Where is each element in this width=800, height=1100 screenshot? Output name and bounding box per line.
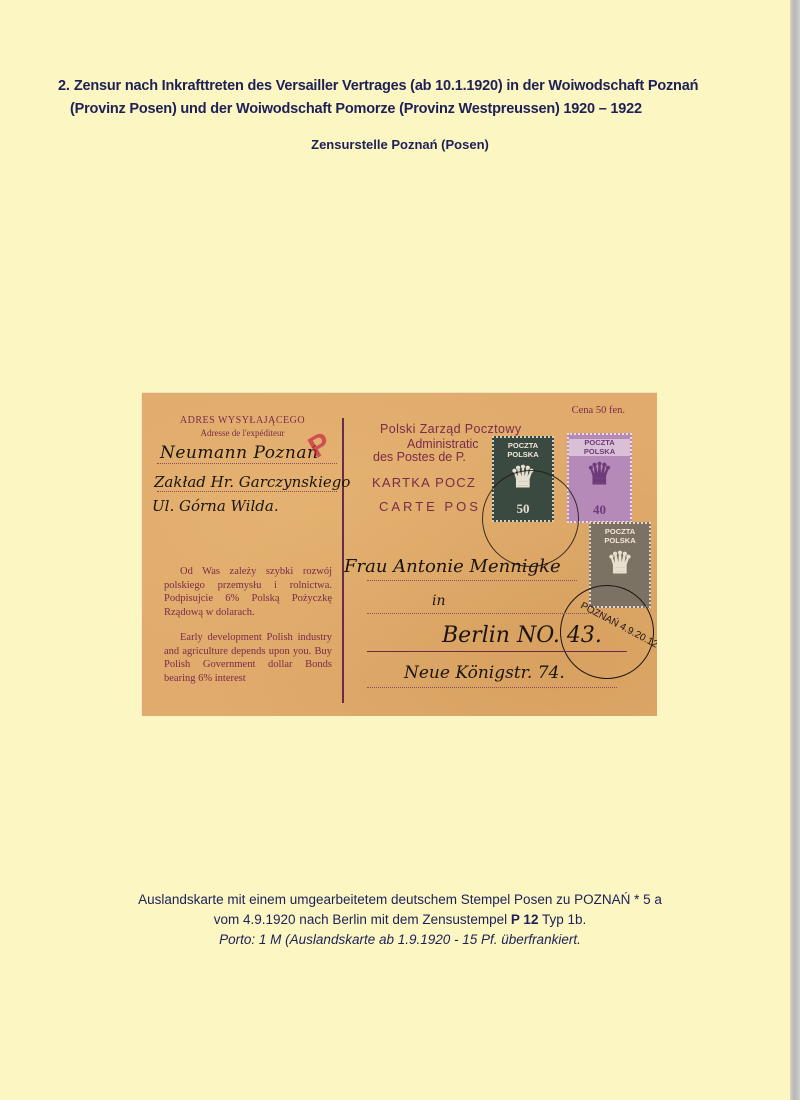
- caption-postage: Porto: 1 M (Auslandskarte ab 1.9.1920 - …: [0, 930, 800, 950]
- ad-text-polish: Od Was zależy szybki rozwój polskiego pr…: [164, 565, 332, 619]
- card-type-polish: KARTKA POCZ: [372, 475, 476, 490]
- caption-line-2-text: vom 4.9.1920 nach Berlin mit dem Zensust…: [214, 912, 507, 927]
- recipient-line-4: Neue Königstr. 74.: [404, 663, 565, 683]
- caption: Auslandskarte mit einem umgearbeitetem d…: [0, 890, 800, 950]
- sender-header: ADRES WYSYŁAJĄCEGO: [160, 415, 325, 426]
- dotted-line: [157, 491, 337, 492]
- dotted-line: [367, 580, 577, 581]
- sender-line-1: Neumann Poznań: [160, 443, 318, 463]
- caption-line-2: vom 4.9.1920 nach Berlin mit dem Zensust…: [0, 910, 800, 930]
- header-french-1: Administratic: [407, 437, 479, 451]
- censor-type: Typ 1b.: [542, 912, 586, 927]
- eagle-icon: ♛: [586, 458, 613, 492]
- ad-text-english: Early development Polish industry and ag…: [164, 631, 332, 685]
- section-number: 2.: [58, 75, 70, 98]
- page-title-line2: (Provinz Posen) und der Woiwodschaft Pom…: [58, 98, 718, 121]
- caption-line-1: Auslandskarte mit einem umgearbeitetem d…: [0, 890, 800, 910]
- header-polish: Polski Zarząd Pocztowy: [380, 422, 521, 436]
- page-title: 2. Zensur nach Inkrafttreten des Versail…: [58, 75, 718, 121]
- recipient-line-2: in: [432, 593, 446, 609]
- dotted-line: [367, 613, 607, 614]
- card-type-french: CARTE POS: [379, 499, 481, 514]
- title-text-1: Zensur nach Inkrafttreten des Versailler…: [74, 78, 698, 94]
- recipient-line-1: Frau Antonie Mennigke: [344, 556, 561, 577]
- page-title-line1: 2. Zensur nach Inkrafttreten des Versail…: [58, 75, 718, 98]
- address-underline: [367, 651, 627, 652]
- sender-line-3: Ul. Górna Wilda.: [152, 497, 279, 515]
- sender-line-2: Zakład Hr. Garczynskiego: [154, 473, 350, 491]
- postcard-image: ADRES WYSYŁAJĄCEGO Adresse de l'expédite…: [142, 393, 657, 716]
- recipient-line-3: Berlin NO. 43.: [442, 623, 602, 648]
- stamp-label: POCZTA POLSKA: [591, 528, 649, 545]
- page-subtitle: Zensurstelle Poznań (Posen): [0, 137, 800, 152]
- header-french-2: des Postes de P.: [373, 450, 466, 464]
- eagle-icon: ♛: [607, 547, 634, 581]
- postmark-circle: [482, 470, 579, 567]
- stamp-label: POCZTA POLSKA: [569, 439, 630, 456]
- dotted-line: [367, 687, 617, 688]
- card-price: Cena 50 fen.: [572, 405, 625, 416]
- censor-code: P 12: [511, 912, 539, 927]
- stamp-value: 40: [593, 502, 606, 518]
- stamp-label: POCZTA POLSKA: [494, 442, 552, 459]
- sender-subheader: Adresse de l'expéditeur: [160, 428, 325, 438]
- dotted-line: [157, 463, 337, 464]
